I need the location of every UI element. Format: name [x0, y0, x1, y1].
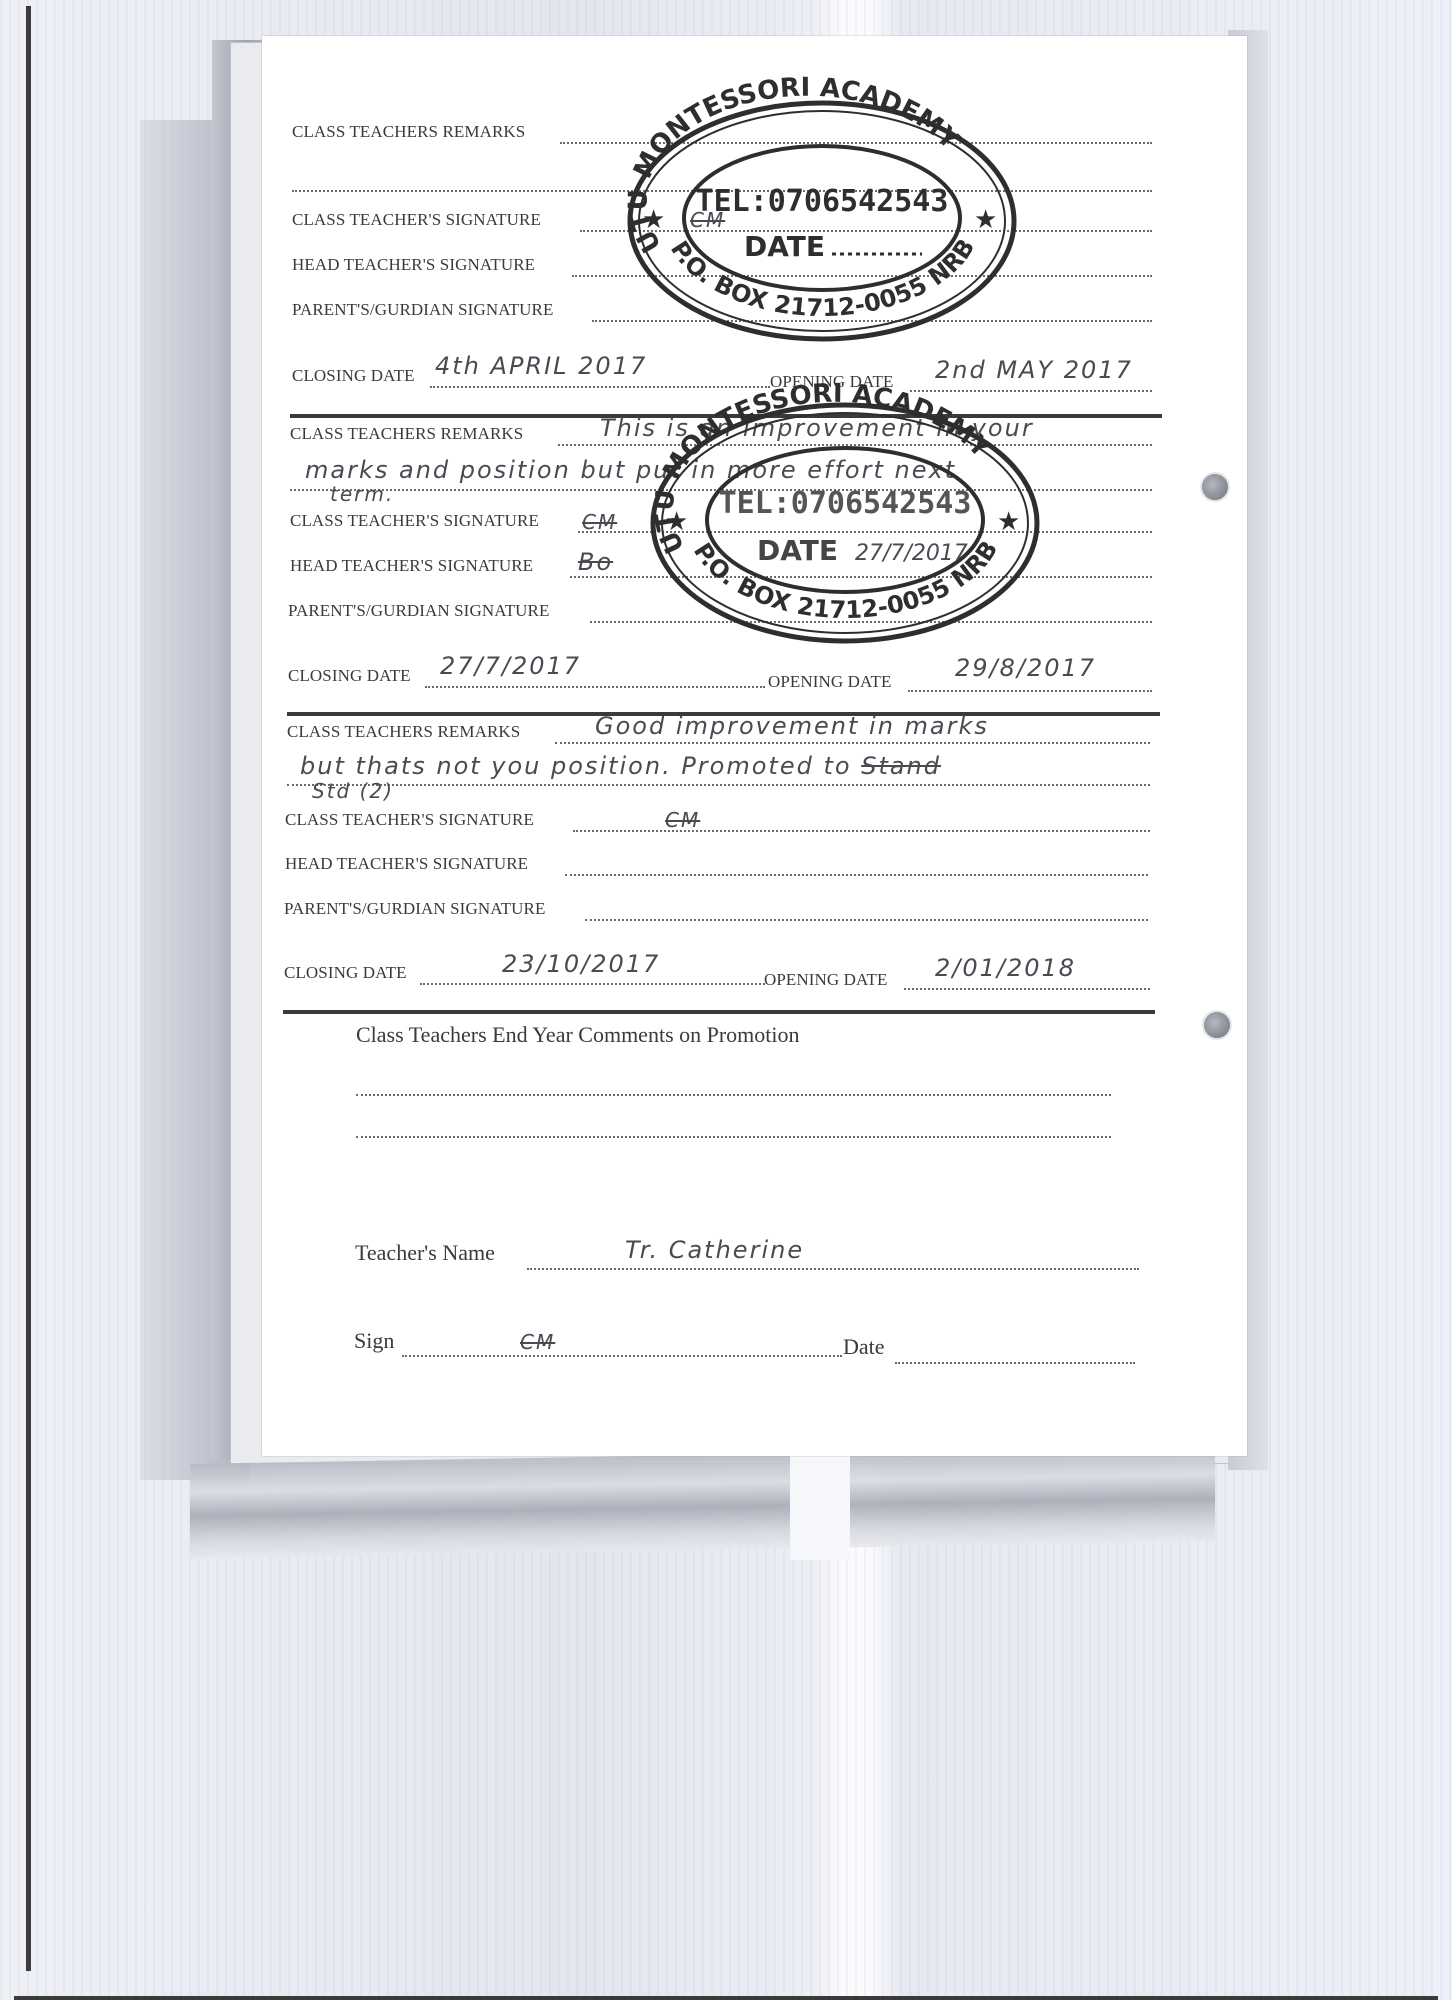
head-teacher-signature-label: HEAD TEACHER'S SIGNATURE — [285, 854, 528, 874]
opening-date-value: 2/01/2018 — [935, 954, 1076, 982]
stamp-tel: TEL:0706542543 — [719, 486, 972, 521]
opening-date-label: OPENING DATE — [764, 970, 888, 990]
remarks-line[interactable] — [555, 742, 1150, 744]
date-label: Date — [843, 1334, 885, 1360]
star-icon: ★ — [997, 507, 1020, 536]
closing-date-label: CLOSING DATE — [284, 963, 407, 983]
sign-label: Sign — [354, 1328, 394, 1354]
head-teacher-signature-label: HEAD TEACHER'S SIGNATURE — [292, 255, 535, 275]
end-year-comment-line[interactable] — [356, 1094, 1111, 1096]
punch-hole-icon — [1200, 472, 1230, 502]
closing-date-line[interactable] — [430, 386, 770, 388]
opening-date-line[interactable] — [910, 390, 1152, 392]
class-teacher-signature-label: CLASS TEACHER'S SIGNATURE — [285, 810, 534, 830]
parent-signature-label: PARENT'S/GURDIAN SIGNATURE — [284, 899, 545, 919]
school-stamp-1: UTU MONTESSORI ACADEMY P.O. BOX 21712-00… — [622, 96, 1022, 351]
parent-signature-line[interactable] — [585, 919, 1148, 921]
stamp-date-value: 27/7/2017 — [855, 541, 968, 566]
opening-date-line[interactable] — [904, 988, 1150, 990]
head-teacher-signature: Bo — [578, 548, 613, 576]
punch-hole-icon — [1202, 1010, 1232, 1040]
end-year-heading: Class Teachers End Year Comments on Prom… — [356, 1022, 800, 1048]
class-teacher-signature-label: CLASS TEACHER'S SIGNATURE — [290, 511, 539, 531]
parent-signature-label: PARENT'S/GURDIAN SIGNATURE — [288, 601, 549, 621]
class-teacher-signature: CM — [582, 510, 617, 534]
opening-date-value: 2nd MAY 2017 — [935, 356, 1133, 384]
class-teacher-signature: CM — [665, 808, 700, 832]
remarks-line[interactable] — [287, 784, 1150, 786]
closing-date-value: 4th APRIL 2017 — [435, 352, 647, 380]
closing-date-line[interactable] — [420, 983, 765, 985]
opening-date-value: 29/8/2017 — [955, 654, 1096, 682]
remarks-label: CLASS TEACHERS REMARKS — [287, 722, 520, 742]
head-teacher-signature-line[interactable] — [565, 874, 1148, 876]
stamp-oval-icon: UTU MONTESSORI ACADEMY P.O. BOX 21712-00… — [622, 96, 1022, 346]
scanner-bottom-edge — [14, 1996, 1438, 2000]
scan-light-streak — [790, 1450, 850, 1560]
remarks-label: CLASS TEACHERS REMARKS — [292, 122, 525, 142]
star-icon: ★ — [974, 205, 997, 234]
closing-date-value: 27/7/2017 — [440, 652, 581, 680]
teacher-name-label: Teacher's Name — [355, 1240, 495, 1266]
class-teacher-signature-label: CLASS TEACHER'S SIGNATURE — [292, 210, 541, 230]
school-stamp-2: UTU MONTESSORI ACADEMY P.O. BOX 21712-00… — [645, 398, 1045, 653]
closing-date-label: CLOSING DATE — [288, 666, 411, 686]
closing-date-line[interactable] — [425, 686, 765, 688]
head-teacher-signature-label: HEAD TEACHER'S SIGNATURE — [290, 556, 533, 576]
parent-signature-label: PARENT'S/GURDIAN SIGNATURE — [292, 300, 553, 320]
remarks-label: CLASS TEACHERS REMARKS — [290, 424, 523, 444]
remarks-text-line-2: but thats not you position. Promoted to … — [300, 752, 941, 780]
star-icon: ★ — [642, 205, 665, 234]
sign-line[interactable] — [402, 1355, 842, 1357]
scanner-edge-line — [26, 6, 31, 1971]
class-teacher-signature-line[interactable] — [573, 830, 1150, 832]
sign-value: CM — [520, 1330, 555, 1354]
remarks-text-struck: Stand — [861, 752, 941, 780]
end-year-comment-line[interactable] — [356, 1136, 1111, 1138]
stamp-oval-icon: UTU MONTESSORI ACADEMY P.O. BOX 21712-00… — [645, 398, 1045, 648]
remarks-text-line-2-main: but thats not you position. Promoted to — [300, 752, 852, 780]
star-icon: ★ — [665, 507, 688, 536]
stamp-tel: TEL:0706542543 — [696, 184, 949, 219]
stamp-date-label: DATE — [757, 534, 838, 567]
remarks-text-line-3: term. — [330, 482, 394, 506]
closing-date-label: CLOSING DATE — [292, 366, 415, 386]
closing-date-value: 23/10/2017 — [502, 950, 660, 978]
teacher-name-value: Tr. Catherine — [625, 1236, 804, 1264]
plastic-sleeve — [190, 1446, 1215, 1559]
date-line[interactable] — [895, 1362, 1135, 1364]
opening-date-line[interactable] — [908, 690, 1152, 692]
remarks-text-line-1: Good improvement in marks — [595, 712, 989, 740]
opening-date-label: OPENING DATE — [768, 672, 892, 692]
stamp-date-label: DATE — [744, 230, 825, 263]
section-divider — [283, 1010, 1155, 1014]
teacher-name-line[interactable] — [527, 1268, 1139, 1270]
remarks-text-line-3: Std (2) — [312, 779, 394, 803]
